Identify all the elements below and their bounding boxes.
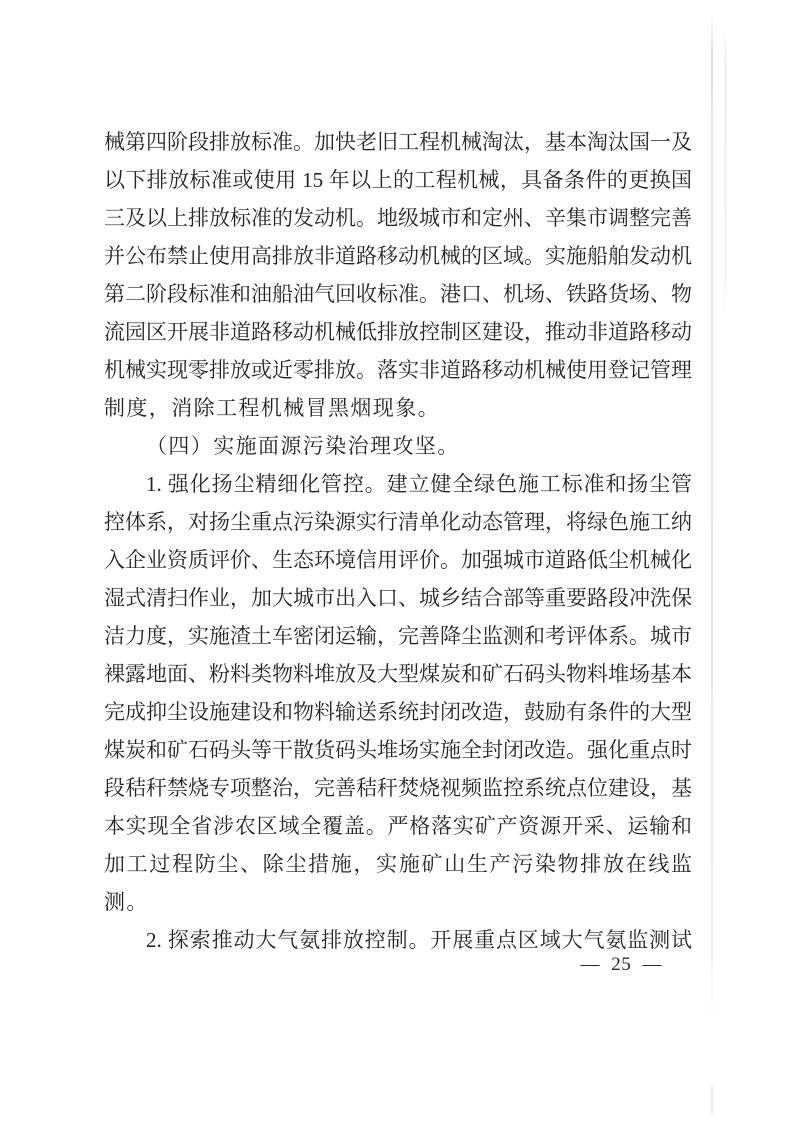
text-line: 本实现全省涉农区域全覆盖。严格落实矿产资源开采、运输和	[104, 807, 692, 845]
page-number: — 25 —	[104, 951, 692, 979]
text-line: 煤炭和矿石码头等干散货码头堆场实施全封闭改造。强化重点时	[104, 731, 692, 769]
text-line: 以下排放标准或使用 15 年以上的工程机械，具备条件的更换国	[104, 161, 692, 199]
text-line: 完成抑尘设施建设和物料输送系统封闭改造，鼓励有条件的大型	[104, 693, 692, 731]
text-line: 三及以上排放标准的发动机。地级城市和定州、辛集市调整完善	[104, 199, 692, 237]
text-line: 控体系，对扬尘重点污染源实行清单化动态管理，将绿色施工纳	[104, 503, 692, 541]
text-line: 机械实现零排放或近零排放。落实非道路移动机械使用登记管理	[104, 351, 692, 389]
text-line: 段秸秆禁烧专项整治，完善秸秆焚烧视频监控系统点位建设，基	[104, 769, 692, 807]
document-page: 械第四阶段排放标准。加快老旧工程机械淘汰，基本淘汰国一及 以下排放标准或使用 1…	[0, 0, 790, 1124]
text-line: 加工过程防尘、除尘措施，实施矿山生产污染物排放在线监	[104, 845, 692, 883]
text-line: 裸露地面、粉料类物料堆放及大型煤炭和矿石码头物料堆场基本	[104, 655, 692, 693]
text-line: 流园区开展非道路移动机械低排放控制区建设，推动非道路移动	[104, 313, 692, 351]
text-line: 并公布禁止使用高排放非道路移动机械的区域。实施船舶发动机	[104, 237, 692, 275]
scan-artifact-line	[711, 10, 713, 1022]
text-line: 湿式清扫作业，加大城市出入口、城乡结合部等重要路段冲洗保	[104, 579, 692, 617]
text-line: 测。	[104, 883, 692, 921]
text-line: 制度，消除工程机械冒黑烟现象。	[104, 389, 692, 427]
text-line: 入企业资质评价、生态环境信用评价。加强城市道路低尘机械化	[104, 541, 692, 579]
scan-artifact-line	[724, 25, 727, 325]
text-line: 洁力度，实施渣土车密闭运输，完善降尘监测和考评体系。城市	[104, 617, 692, 655]
body-text: 械第四阶段排放标准。加快老旧工程机械淘汰，基本淘汰国一及 以下排放标准或使用 1…	[104, 123, 692, 959]
section-heading: （四）实施面源污染治理攻坚。	[104, 427, 692, 465]
text-line: 械第四阶段排放标准。加快老旧工程机械淘汰，基本淘汰国一及	[104, 123, 692, 161]
scan-artifact-line	[711, 1086, 713, 1114]
text-line: 第二阶段标准和油船油气回收标准。港口、机场、铁路货场、物	[104, 275, 692, 313]
text-line: 1. 强化扬尘精细化管控。建立健全绿色施工标准和扬尘管	[104, 465, 692, 503]
